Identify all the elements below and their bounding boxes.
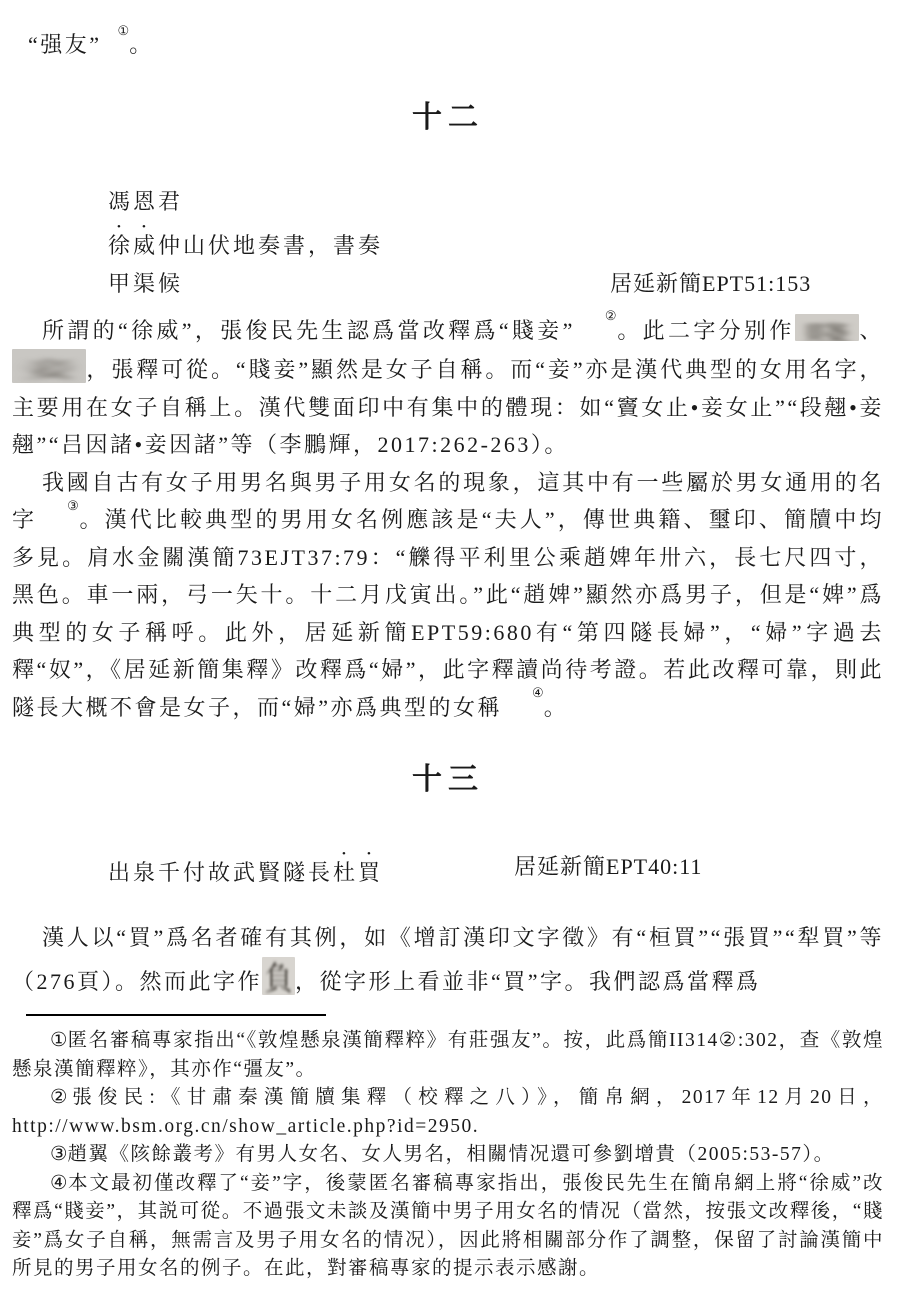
source-reference-ept51: 居延新簡EPT51:153 xyxy=(610,265,811,303)
lead-paragraph: “强友”①。 xyxy=(12,26,884,64)
quote-line-2: 徐威仲山伏地奏書，書奏 xyxy=(108,221,884,265)
footnote-1-text: 匿名審稿專家指出“《敦煌懸泉漢簡釋粹》有莊强友”。按，此爲簡II314②:302… xyxy=(12,1030,884,1080)
quote-line: 出泉千付故武賢隧長杜買居延新簡EPT40:11 xyxy=(108,848,884,892)
quote-block-ept51: 馮恩君 徐威仲山伏地奏書，書奏 甲渠候居延新簡EPT51:153 xyxy=(108,183,884,303)
paragraph-2: 我國自古有女子用男名與男子用女名的現象，這其中有一些屬於男女通用的名字③。漢代比… xyxy=(12,464,884,727)
quote-line-3: 甲渠候居延新簡EPT51:153 xyxy=(108,265,884,303)
paragraph-2-text: 。漢代比較典型的男用女名例應該是“夫人”，傳世典籍、璽印、簡牘中均多見。肩水金關… xyxy=(12,507,884,720)
footnotes-section: ①匿名審稿專家指出“《敦煌懸泉漢簡釋粹》有莊强友”。按，此爲簡II314②:30… xyxy=(12,1027,884,1284)
footnote-3-text: 趙翼《陔餘叢考》有男人女名、女人男名，相關情况還可參劉增貴（2005:53-57… xyxy=(67,1144,834,1165)
paragraph-1-text: 所謂的“徐威”，張俊民先生認爲當改釋爲“賤妾” xyxy=(42,318,575,343)
slip-glyph-image-1: 賤 xyxy=(795,314,859,341)
quote-line-1: 馮恩君 xyxy=(108,183,884,221)
footnote-3-marker: ③ xyxy=(50,1144,67,1165)
paragraph-3: 漢人以“買”爲名者確有其例，如《增訂漢印文字徵》有“桓買”“張買”“犁買”等（2… xyxy=(12,919,884,1000)
footnote-2: ②張俊民:《甘肅秦漢簡牘集釋（校釋之八）》，簡帛網，2017年12月20日，ht… xyxy=(12,1084,884,1141)
slip-glyph-3-char: 負 xyxy=(264,963,292,995)
footnote-4-text: 本文最初僅改釋了“妾”字，後蒙匿名審稿專家指出，張俊民先生在簡帛網上將“徐威”改… xyxy=(12,1173,884,1280)
quote-line-text: 出泉千付故武賢隧長杜買 xyxy=(108,860,383,885)
quote-line-2-rest: 仲山伏地奏書，書奏 xyxy=(158,233,383,258)
footnote-2-url: http://www.bsm.org.cn/show_article.php?i… xyxy=(12,1116,479,1137)
lead-text: “强友” xyxy=(28,32,102,57)
footnote-divider xyxy=(26,1014,326,1016)
paragraph-2-text: 。 xyxy=(544,695,569,720)
document-page: “强友”①。 十二 馮恩君 徐威仲山伏地奏書，書奏 甲渠候居延新簡EPT51:1… xyxy=(0,0,904,1294)
emphasized-name-xuwei: 徐威 xyxy=(108,233,158,258)
quote-block-ept40: 出泉千付故武賢隧長杜買居延新簡EPT40:11 xyxy=(108,848,884,892)
footnote-4-marker: ④ xyxy=(50,1173,68,1194)
paragraph-1-text: 、 xyxy=(859,318,884,343)
footnote-1: ①匿名審稿專家指出“《敦煌懸泉漢簡釋粹》有莊强友”。按，此爲簡II314②:30… xyxy=(12,1027,884,1084)
slip-glyph-image-3: 負 xyxy=(262,957,295,995)
footnote-4: ④本文最初僅改釋了“妾”字，後蒙匿名審稿專家指出，張俊民先生在簡帛網上將“徐威”… xyxy=(12,1170,884,1284)
footnote-3: ③趙翼《陔餘叢考》有男人女名、女人男名，相關情况還可參劉增貴（2005:53-5… xyxy=(12,1141,884,1170)
paragraph-3-text: ，從字形上看並非“買”字。我們認爲當釋爲 xyxy=(295,969,761,994)
section-heading-12: 十二 xyxy=(12,98,884,138)
paragraph-1-text: 。此二字分别作 xyxy=(617,318,795,343)
lead-text-after: 。 xyxy=(129,32,154,57)
quote-line-start: 出泉千付故武賢隧長 xyxy=(108,860,333,885)
footnote-2-text: 張俊民:《甘肅秦漢簡牘集釋（校釋之八）》，簡帛網，2017年12月20日， xyxy=(72,1087,884,1108)
slip-glyph-2-char: 妾 xyxy=(21,360,76,382)
quote-line-3-text: 甲渠候 xyxy=(108,271,183,296)
paragraph-1-text: ，張釋可從。“賤妾”顯然是女子自稱。而“妾”亦是漢代典型的女用名字，主要用在女子… xyxy=(12,357,884,457)
paragraph-1: 所謂的“徐威”，張俊民先生認爲當改釋爲“賤妾”②。此二字分别作賤、妾，張釋可從。… xyxy=(12,312,884,464)
slip-glyph-1-char: 賤 xyxy=(804,323,850,341)
section-heading-13: 十三 xyxy=(12,760,884,800)
emphasized-name-dumai: 杜買 xyxy=(333,860,383,885)
footnote-1-marker: ① xyxy=(50,1030,68,1051)
footnote-2-marker: ② xyxy=(50,1087,72,1108)
slip-glyph-image-2: 妾 xyxy=(12,349,86,383)
source-reference-ept40: 居延新簡EPT40:11 xyxy=(514,848,702,886)
